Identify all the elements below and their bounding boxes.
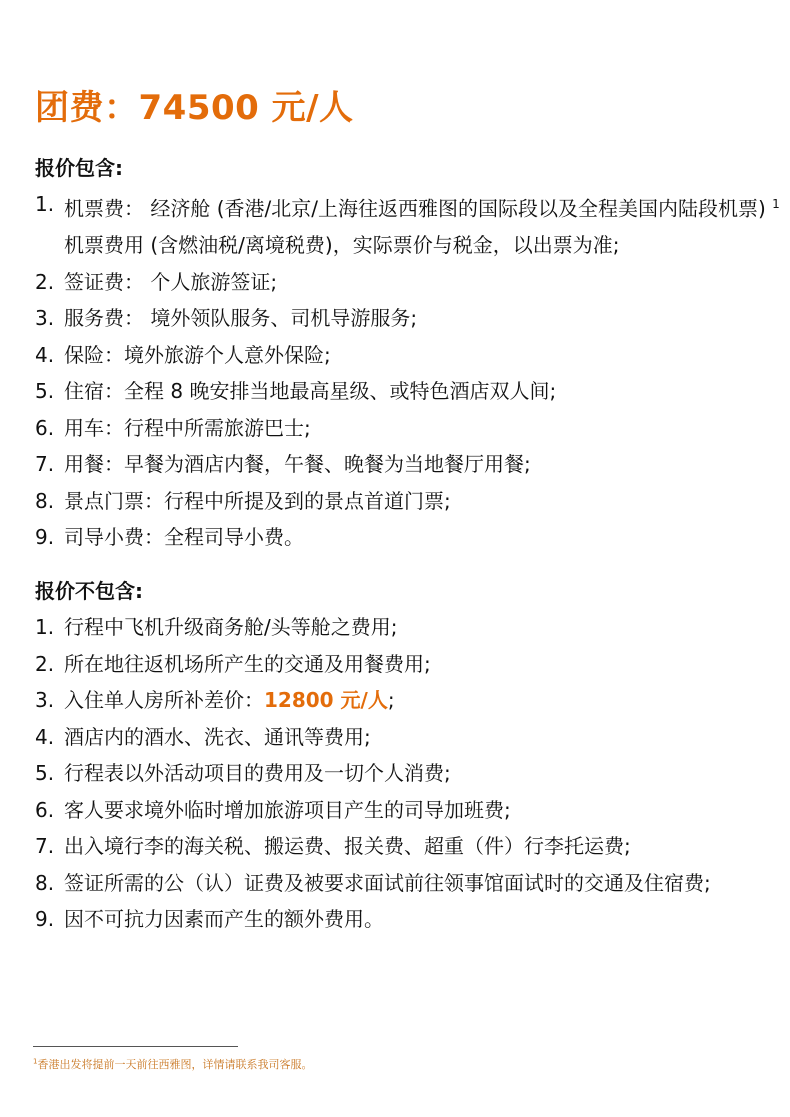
item-text: 机票费： 经济舱 (香港/北京/上海往返西雅图的国际段以及全程美国内陆段机票) xyxy=(64,197,772,221)
item-text: 出入境行李的海关税、搬运费、报关费、超重（件）行李托运费; xyxy=(64,834,631,858)
item-text: 服务费： 境外领队服务、司机导游服务; xyxy=(64,306,417,330)
list-item: 3.服务费： 境外领队服务、司机导游服务; xyxy=(35,300,790,337)
included-list: 1.机票费： 经济舱 (香港/北京/上海往返西雅图的国际段以及全程美国内陆段机票… xyxy=(35,186,790,556)
item-text: 酒店内的酒水、洗衣、通讯等费用; xyxy=(64,725,371,749)
list-item: 2.所在地往返机场所产生的交通及用餐费用; xyxy=(35,646,711,683)
list-item: 4.保险：境外旅游个人意外保险; xyxy=(35,337,790,374)
item-text: 签证费： 个人旅游签证; xyxy=(64,270,277,294)
footnote: 1香港出发将提前一天前往西雅图，详情请联系我司客服。 xyxy=(33,1056,312,1072)
item-number: 9. xyxy=(35,519,54,556)
item-text: 用餐：早餐为酒店内餐，午餐、晚餐为当地餐厅用餐; xyxy=(64,452,531,476)
item-text: 机票费用 (含燃油税/离境税费)，实际票价与税金，以出票为准; xyxy=(64,233,619,257)
item-text: 客人要求境外临时增加旅游项目产生的司导加班费; xyxy=(64,798,511,822)
list-item: 1.机票费： 经济舱 (香港/北京/上海往返西雅图的国际段以及全程美国内陆段机票… xyxy=(35,186,790,264)
item-number: 8. xyxy=(35,865,54,902)
list-item: 7.出入境行李的海关税、搬运费、报关费、超重（件）行李托运费; xyxy=(35,828,711,865)
item-number: 7. xyxy=(35,828,54,865)
excluded-heading: 报价不包含: xyxy=(35,575,143,604)
item-text: 住宿：全程 8 晚安排当地最高星级、或特色酒店双人间; xyxy=(64,379,556,403)
footnote-ref: 1 xyxy=(772,197,780,211)
item-text: ; xyxy=(388,688,395,712)
item-text: 司导小费：全程司导小费。 xyxy=(64,525,304,549)
item-number: 4. xyxy=(35,719,54,756)
included-heading: 报价包含: xyxy=(35,152,123,181)
list-item: 2.签证费： 个人旅游签证; xyxy=(35,264,790,301)
item-number: 6. xyxy=(35,792,54,829)
list-item: 8.签证所需的公（认）证费及被要求面试前往领事馆面试时的交通及住宿费; xyxy=(35,865,711,902)
item-text: 景点门票：行程中所提及到的景点首道门票; xyxy=(64,489,451,513)
excluded-list: 1.行程中飞机升级商务舱/头等舱之费用; 2.所在地往返机场所产生的交通及用餐费… xyxy=(35,609,711,938)
item-text: 所在地往返机场所产生的交通及用餐费用; xyxy=(64,652,431,676)
list-item: 6.客人要求境外临时增加旅游项目产生的司导加班费; xyxy=(35,792,711,829)
list-item: 3.入住单人房所补差价：12800 元/人; xyxy=(35,682,711,719)
single-room-supplement: 12800 元/人 xyxy=(264,688,388,712)
item-number: 7. xyxy=(35,446,54,483)
list-item: 8.景点门票：行程中所提及到的景点首道门票; xyxy=(35,483,790,520)
item-text: 用车：行程中所需旅游巴士; xyxy=(64,416,311,440)
list-item: 6.用车：行程中所需旅游巴士; xyxy=(35,410,790,447)
item-number: 1. xyxy=(35,186,54,223)
item-text: 签证所需的公（认）证费及被要求面试前往领事馆面试时的交通及住宿费; xyxy=(64,871,711,895)
item-number: 5. xyxy=(35,373,54,410)
item-number: 6. xyxy=(35,410,54,447)
list-item: 9.司导小费：全程司导小费。 xyxy=(35,519,790,556)
item-text: 行程表以外活动项目的费用及一切个人消费; xyxy=(64,761,451,785)
item-number: 2. xyxy=(35,264,54,301)
item-text: 保险：境外旅游个人意外保险; xyxy=(64,343,331,367)
footnote-text: 香港出发将提前一天前往西雅图，详情请联系我司客服。 xyxy=(37,1058,312,1071)
item-text: 行程中飞机升级商务舱/头等舱之费用; xyxy=(64,615,397,639)
footnote-divider xyxy=(33,1046,238,1047)
item-number: 9. xyxy=(35,901,54,938)
item-number: 1. xyxy=(35,609,54,646)
list-item: 4.酒店内的酒水、洗衣、通讯等费用; xyxy=(35,719,711,756)
item-number: 8. xyxy=(35,483,54,520)
list-item: 9.因不可抗力因素而产生的额外费用。 xyxy=(35,901,711,938)
price-title: 团费：74500 元/人 xyxy=(35,80,354,129)
item-number: 3. xyxy=(35,300,54,337)
list-item: 7.用餐：早餐为酒店内餐，午餐、晚餐为当地餐厅用餐; xyxy=(35,446,790,483)
list-item: 1.行程中飞机升级商务舱/头等舱之费用; xyxy=(35,609,711,646)
item-number: 4. xyxy=(35,337,54,374)
item-number: 3. xyxy=(35,682,54,719)
item-number: 2. xyxy=(35,646,54,683)
list-item: 5.住宿：全程 8 晚安排当地最高星级、或特色酒店双人间; xyxy=(35,373,790,410)
item-text: 因不可抗力因素而产生的额外费用。 xyxy=(64,907,384,931)
list-item: 5.行程表以外活动项目的费用及一切个人消费; xyxy=(35,755,711,792)
item-number: 5. xyxy=(35,755,54,792)
item-text: 入住单人房所补差价： xyxy=(64,688,264,712)
